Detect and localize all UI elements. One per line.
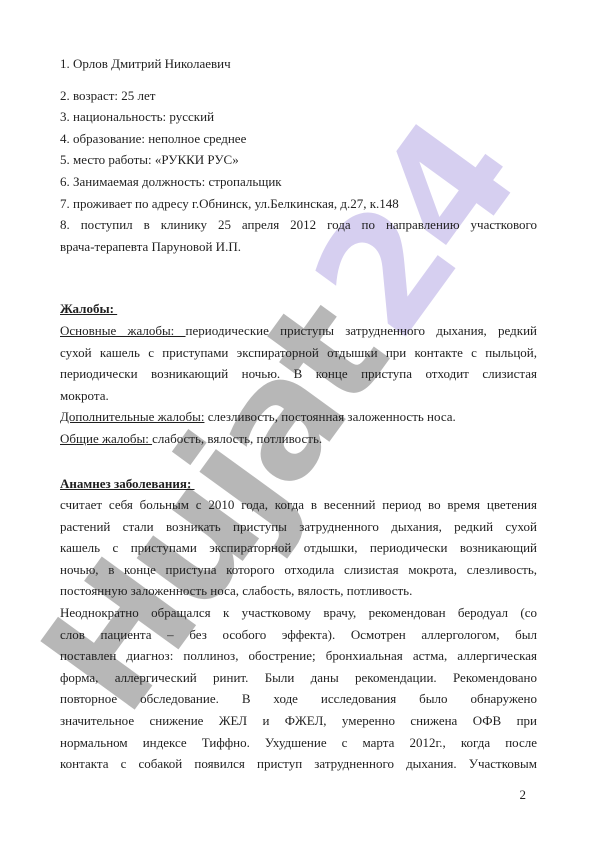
patient-workplace-line: 5. место работы: «РУККИ РУС» xyxy=(60,149,537,171)
text-line: растений стали возникать приступы затруд… xyxy=(60,516,537,538)
text-segment: поставлен диагноз: поллиноз, обострение;… xyxy=(60,648,537,663)
text-line: поставлен диагноз: поллиноз, обострение;… xyxy=(60,645,537,667)
text-line: Общие жалобы: слабость, вялость, потливо… xyxy=(60,428,537,450)
text-segment: 8. поступил в клинику 25 апреля 2012 год… xyxy=(60,217,537,232)
text-line: постоянную заложенность носа, слабость, … xyxy=(60,580,537,602)
anamnesis-section: Анамнез заболевания: считает себя больны… xyxy=(60,473,537,775)
text-segment: 3. национальность: русский xyxy=(60,109,214,124)
text-line: мокрота. xyxy=(60,385,537,407)
text-line: повторное обследование. В ходе исследова… xyxy=(60,688,537,710)
text-segment: контакта с собакой появился приступ затр… xyxy=(60,756,537,771)
text-segment: слезливость, постоянная заложенность нос… xyxy=(204,409,455,424)
page-number: 2 xyxy=(520,787,527,803)
text-line: значительное снижение ЖЕЛ и ФЖЕЛ, умерен… xyxy=(60,710,537,732)
admission-line: 8. поступил в клинику 25 апреля 2012 год… xyxy=(60,214,537,236)
text-segment: нормальном индексе Тиффно. Ухудшение с м… xyxy=(60,735,537,750)
patient-nationality-line: 3. национальность: русский xyxy=(60,106,537,128)
admission-line-2: врача-терапевта Паруновой И.П. xyxy=(60,236,537,258)
text-segment: 5. место работы: «РУККИ РУС» xyxy=(60,152,239,167)
text-line: сухой кашель с приступами экспираторной … xyxy=(60,342,537,364)
text-segment: 6. Занимаемая должность: стропальщик xyxy=(60,174,282,189)
text-segment: Жалобы: xyxy=(60,301,117,316)
complaints-heading: Жалобы: xyxy=(60,298,537,320)
text-segment: слов пациента – без особого эффекта). Ос… xyxy=(60,627,537,642)
document-page: Hujat24 1. Орлов Дмитрий Николаевич2. во… xyxy=(0,0,596,842)
text-segment: растений стали возникать приступы затруд… xyxy=(60,519,537,534)
text-segment: кашель с приступами экспираторной отдышк… xyxy=(60,540,537,555)
text-segment: Общие жалобы: xyxy=(60,431,152,446)
text-line: нормальном индексе Тиффно. Ухудшение с м… xyxy=(60,732,537,754)
patient-age-line: 2. возраст: 25 лет xyxy=(60,85,537,107)
text-segment: 1. Орлов Дмитрий Николаевич xyxy=(60,56,231,71)
text-segment: Анамнез заболевания: xyxy=(60,476,195,491)
text-segment: слабость, вялость, потливость. xyxy=(152,431,322,446)
text-segment: форма, аллергический ринит. Были даны ре… xyxy=(60,670,537,685)
text-line: Основные жалобы: периодические приступы … xyxy=(60,320,537,342)
text-segment: мокрота. xyxy=(60,388,109,403)
patient-name-line: 1. Орлов Дмитрий Николаевич xyxy=(60,53,537,75)
document-content: 1. Орлов Дмитрий Николаевич2. возраст: 2… xyxy=(60,0,537,775)
text-segment: значительное снижение ЖЕЛ и ФЖЕЛ, умерен… xyxy=(60,713,537,728)
text-line: форма, аллергический ринит. Были даны ре… xyxy=(60,667,537,689)
text-segment: 7. проживает по адресу г.Обнинск, ул.Бел… xyxy=(60,196,399,211)
text-line: контакта с собакой появился приступ затр… xyxy=(60,753,537,775)
patient-education-line: 4. образование: неполное среднее xyxy=(60,128,537,150)
anamnesis-heading: Анамнез заболевания: xyxy=(60,473,537,495)
text-line: Дополнительные жалобы: слезливость, пост… xyxy=(60,406,537,428)
text-line: кашель с приступами экспираторной отдышк… xyxy=(60,537,537,559)
text-segment: повторное обследование. В ходе исследова… xyxy=(60,691,537,706)
text-segment: Дополнительные жалобы: xyxy=(60,409,204,424)
patient-info-block: 1. Орлов Дмитрий Николаевич2. возраст: 2… xyxy=(60,53,537,257)
text-line: ночью, в конце приступа которого отходил… xyxy=(60,559,537,581)
text-segment: периодические приступы затрудненного дых… xyxy=(186,323,537,338)
patient-position-line: 6. Занимаемая должность: стропальщик xyxy=(60,171,537,193)
text-segment: ночью, в конце приступа которого отходил… xyxy=(60,562,537,577)
text-segment: Неоднократно обращался к участковому вра… xyxy=(60,605,537,620)
text-segment: врача-терапевта Паруновой И.П. xyxy=(60,239,241,254)
text-segment: постоянную заложенность носа, слабость, … xyxy=(60,583,412,598)
text-line: слов пациента – без особого эффекта). Ос… xyxy=(60,624,537,646)
text-line: считает себя больным с 2010 года, когда … xyxy=(60,494,537,516)
text-segment: периодически возникающий ночью. В конце … xyxy=(60,366,537,381)
text-segment: считает себя больным с 2010 года, когда … xyxy=(60,497,537,512)
text-segment: Основные жалобы: xyxy=(60,323,186,338)
text-line: периодически возникающий ночью. В конце … xyxy=(60,363,537,385)
text-line: Неоднократно обращался к участковому вра… xyxy=(60,602,537,624)
complaints-section: Жалобы: Основные жалобы: периодические п… xyxy=(60,298,537,449)
text-segment: 2. возраст: 25 лет xyxy=(60,88,155,103)
text-segment: 4. образование: неполное среднее xyxy=(60,131,246,146)
patient-address-line: 7. проживает по адресу г.Обнинск, ул.Бел… xyxy=(60,193,537,215)
text-segment: сухой кашель с приступами экспираторной … xyxy=(60,345,537,360)
